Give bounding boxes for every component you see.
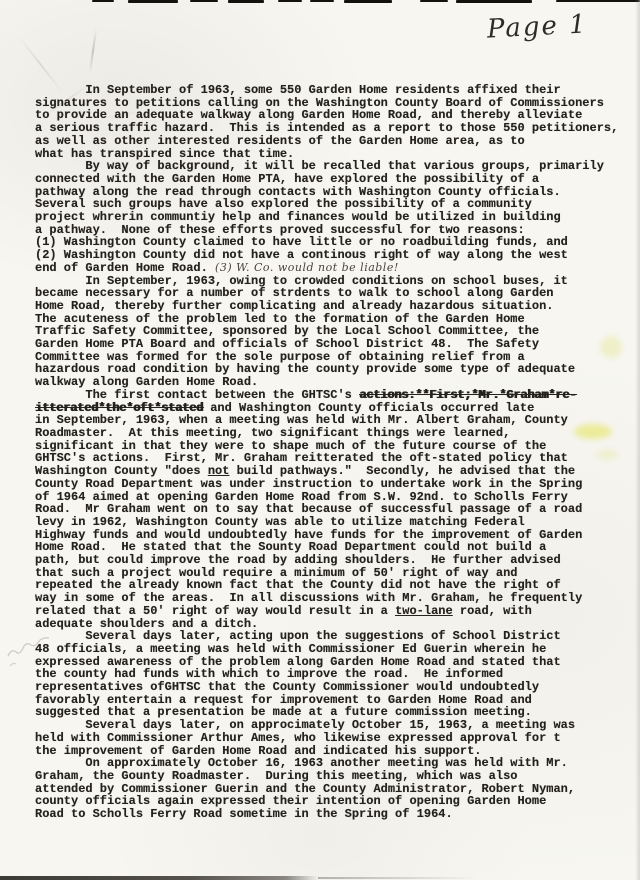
scanned-document-page: Page 1 In September of 1963, some 550 Ga…	[0, 0, 640, 880]
scan-artifact-top	[92, 0, 114, 2]
highlight-smudge	[600, 336, 622, 358]
document-line: Road to Scholls Ferry Road sometime in t…	[35, 808, 632, 821]
scan-artifact-right	[635, 0, 640, 880]
highlight-smudge	[596, 450, 618, 459]
scan-artifact-top	[344, 0, 392, 3]
underlined-text: two-lane	[395, 604, 453, 618]
scan-artifact-top	[310, 0, 334, 2]
pencil-scribble	[4, 622, 56, 678]
page-number-annotation: Page 1	[486, 9, 588, 44]
text-segment: road, with	[453, 604, 532, 618]
scan-artifact-bottom	[318, 877, 478, 879]
scan-artifact-top	[278, 0, 302, 2]
paper-crease	[89, 28, 97, 74]
text-segment: Road to Scholls Ferry Road sometime in t…	[35, 807, 453, 821]
highlight-smudge	[574, 424, 612, 439]
handwritten-note: (3) W. Co. would not be liable!	[215, 261, 399, 274]
scan-artifact-top	[228, 0, 264, 3]
scan-artifact-top	[128, 0, 178, 3]
scan-artifact-top	[556, 0, 640, 2]
scan-artifact-top	[190, 0, 218, 2]
scan-artifact-bottom	[0, 876, 318, 880]
scan-artifact-top	[420, 0, 448, 2]
document-body: In September of 1963, some 550 Garden Ho…	[35, 84, 632, 821]
scan-artifact-top	[456, 0, 532, 3]
